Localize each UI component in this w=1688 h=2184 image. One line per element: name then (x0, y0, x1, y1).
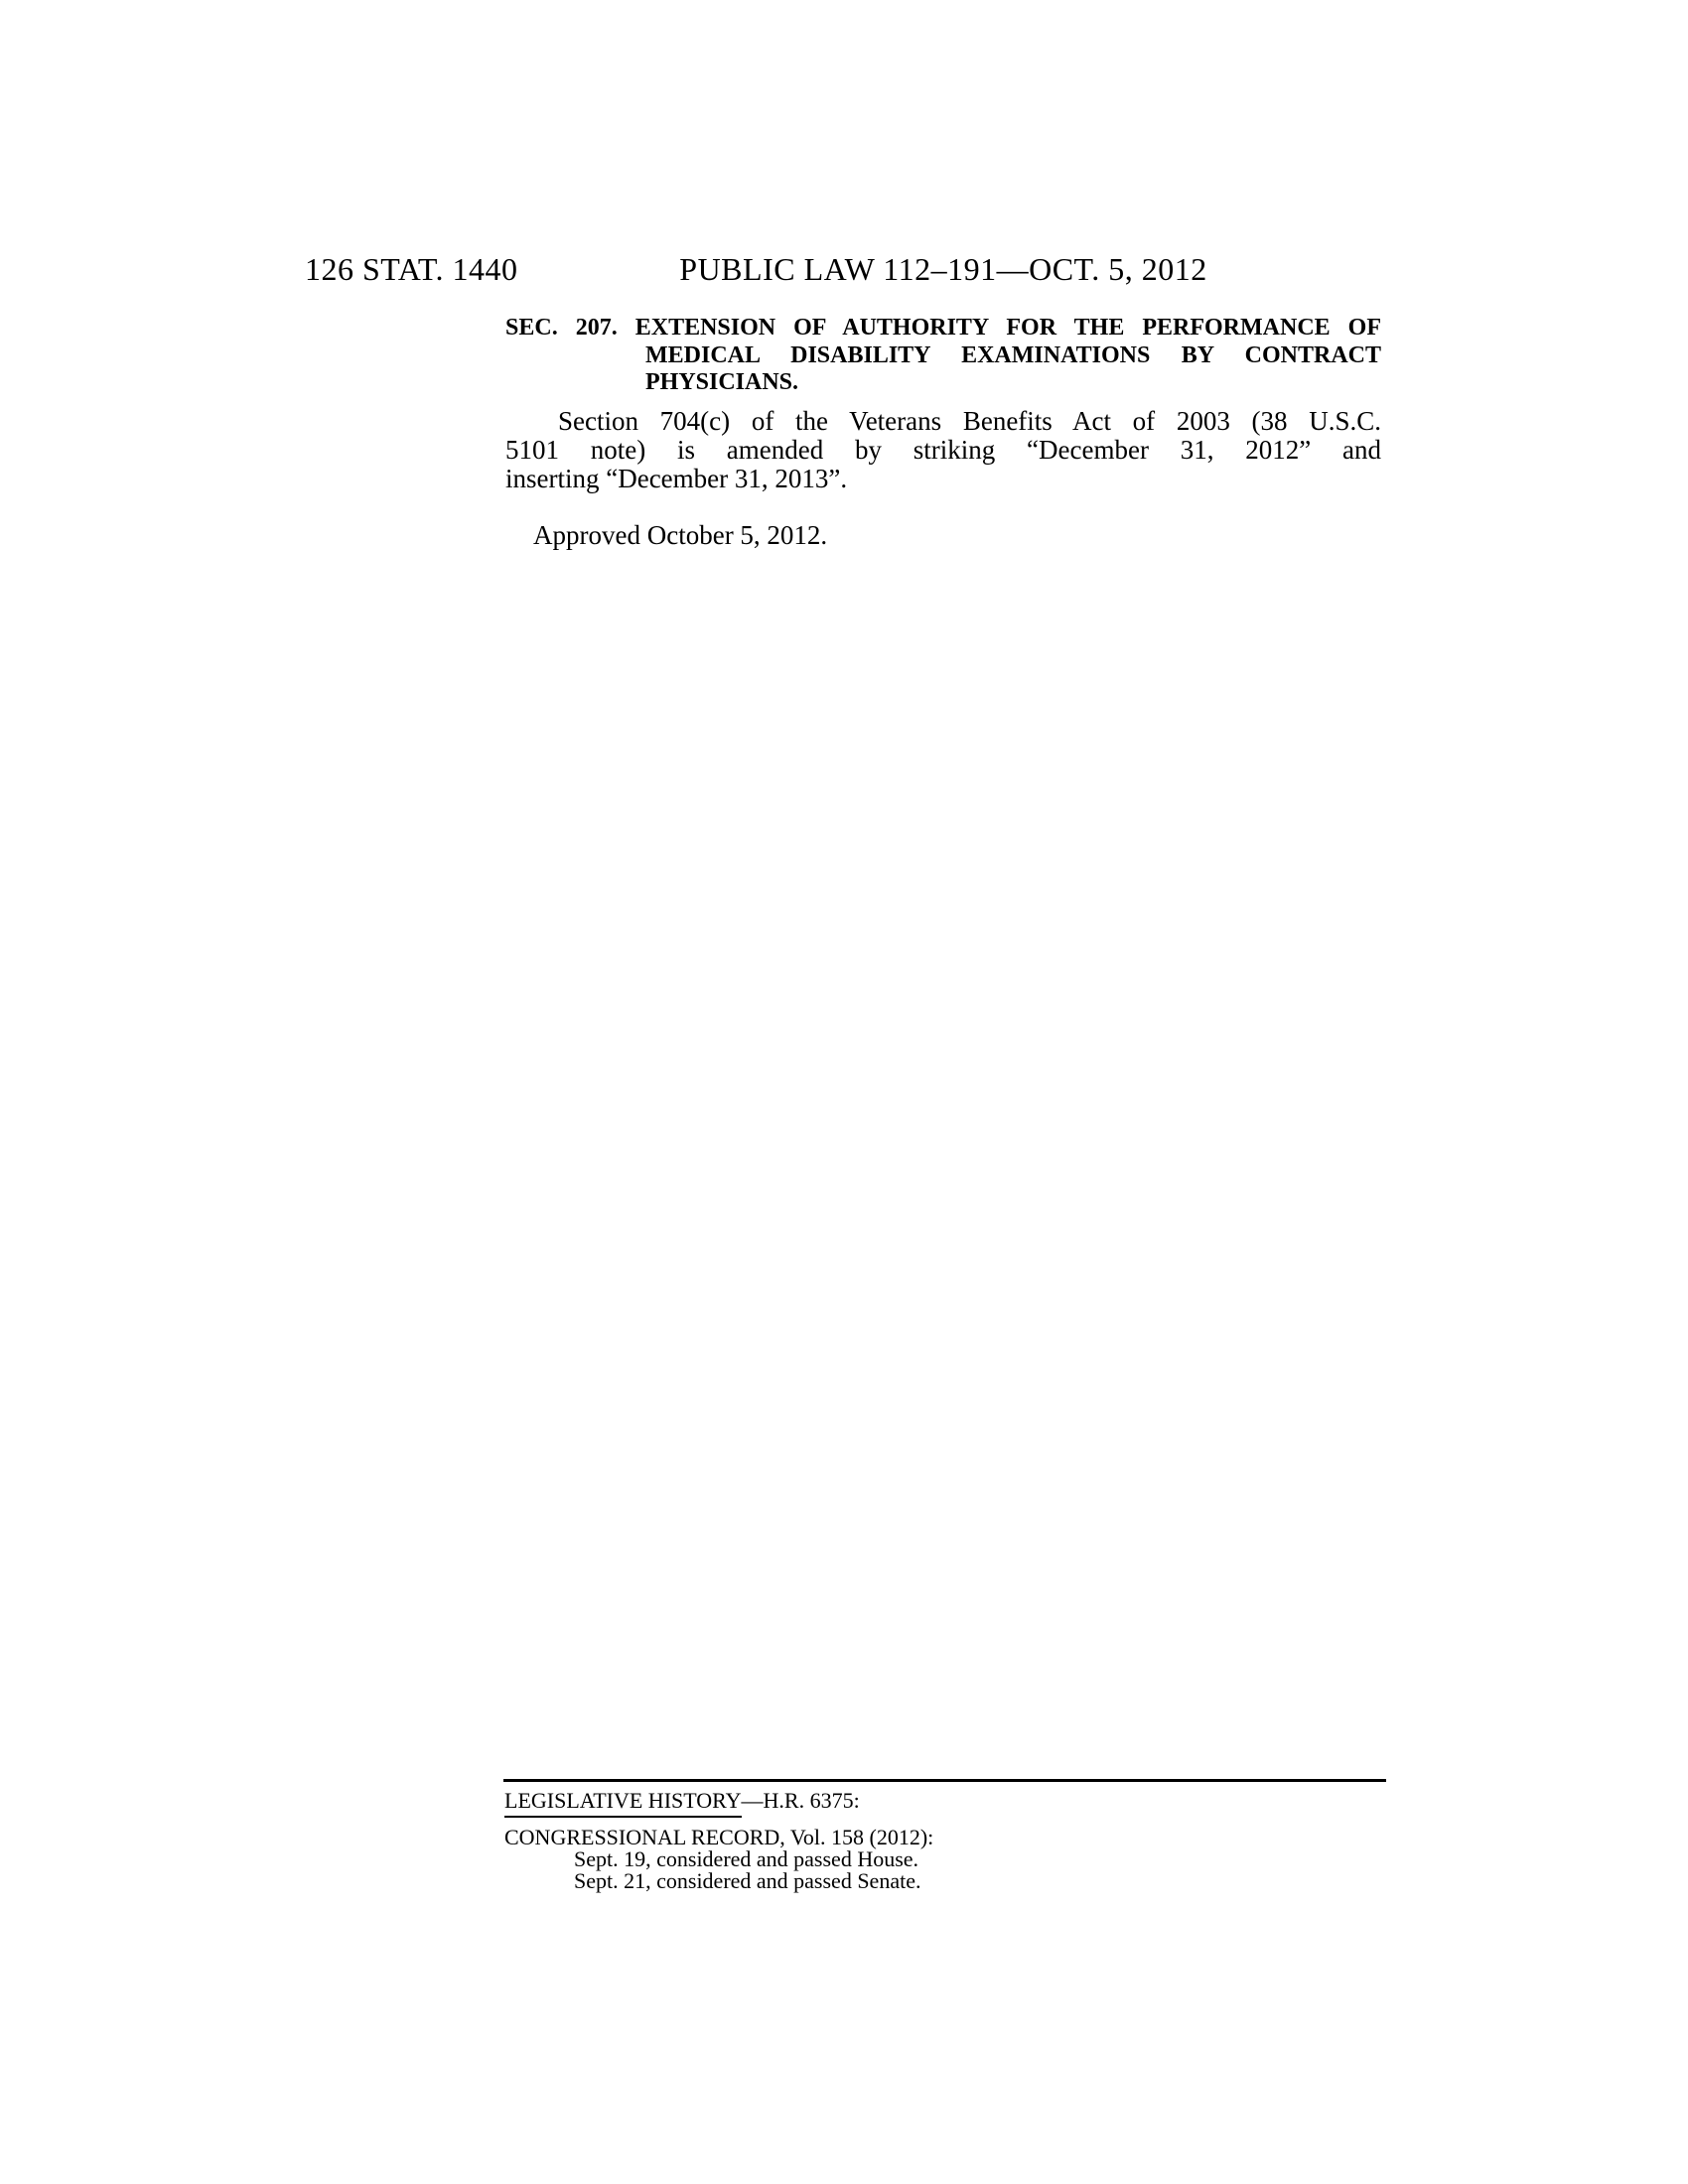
statute-page: 126 STAT. 1440 PUBLIC LAW 112–191—OCT. 5… (0, 0, 1688, 2184)
body-line-1: Section 704(c) of the Veterans Benefits … (505, 407, 1381, 436)
section-heading-line-3: PHYSICIANS. (645, 369, 1381, 397)
legislative-history-heading: LEGISLATIVE HISTORY—H.R. 6375: (504, 1788, 860, 1814)
body-line-3: inserting “December 31, 2013”. (505, 465, 1381, 493)
approved-date-line: Approved October 5, 2012. (533, 520, 827, 551)
history-entry-senate: Sept. 21, considered and passed Senate. (574, 1869, 920, 1893)
legislative-history-title: LEGISLATIVE HISTORY (504, 1788, 742, 1818)
running-head-law-title: PUBLIC LAW 112–191—OCT. 5, 2012 (505, 251, 1381, 287)
legislative-history-bill-number: —H.R. 6375: (742, 1788, 860, 1813)
section-body-paragraph: Section 704(c) of the Veterans Benefits … (505, 407, 1381, 493)
footer-divider-rule (503, 1779, 1386, 1782)
page-number: 126 STAT. 1440 (305, 251, 518, 287)
body-line-2: 5101 note) is amended by striking “Decem… (505, 436, 1381, 465)
section-heading-line-2: MEDICAL DISABILITY EXAMINATIONS BY CONTR… (645, 342, 1381, 370)
section-heading-line-1: SEC. 207. EXTENSION OF AUTHORITY FOR THE… (505, 315, 1381, 342)
section-heading: SEC. 207. EXTENSION OF AUTHORITY FOR THE… (505, 315, 1381, 397)
